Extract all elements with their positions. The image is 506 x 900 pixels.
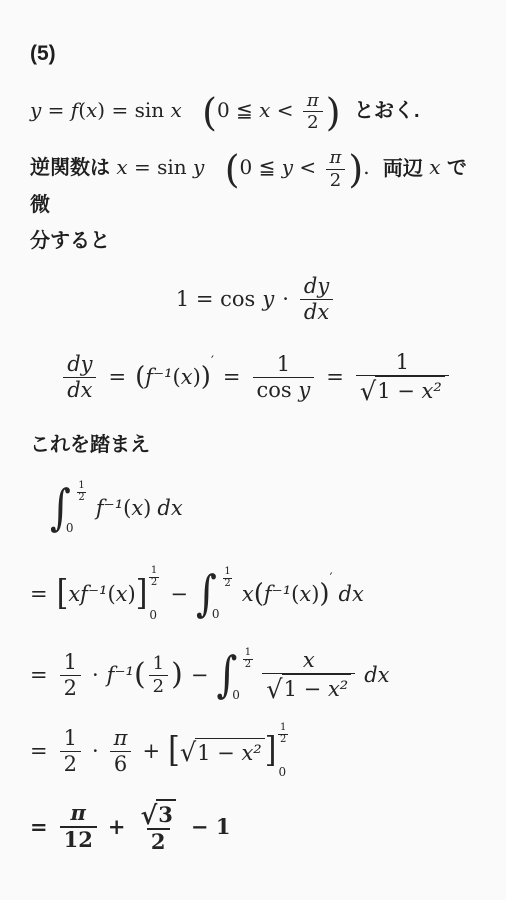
integral: ∫120 [216,648,254,702]
lower-limit-0: 0 [66,521,74,535]
equals-sin: ) = sin [97,98,164,122]
big-paren-open: ( [254,581,264,607]
paren-close: ) [128,582,136,606]
f-inverse: f⁻¹ [80,582,107,606]
sqrt-1-x2: √1 − x² [360,376,445,404]
denominator-2: 2 [60,675,81,701]
numerator-1: 1 [149,653,168,674]
var-x: x [259,98,270,122]
integral-limits: 120 [237,648,254,702]
upper-limit-half: 12 [149,566,158,588]
equals: = [30,582,48,606]
denominator-sqrt: √1 − x² [262,673,355,702]
bracket-close: ] [136,577,148,612]
integral-line-2: = [xf⁻¹(x)]120 − ∫120 x(f⁻¹(x))′ dx [30,567,482,621]
denominator-2: 2 [303,111,322,133]
big-paren-open: ( [134,660,146,690]
big-paren-close: ) [319,581,329,607]
big-paren-open: ( [225,150,240,189]
prime: ′ [330,571,333,586]
radical-sign: √ [266,679,282,702]
var-x: x [116,156,127,180]
jp-tooku: とおく. [354,100,420,122]
fraction-dy-dx: dydx [63,352,96,403]
var-y: y [30,98,41,122]
fraction-pi-2: π2 [303,90,323,133]
integral-line-1: ∫120 f⁻¹(x) dx [30,481,482,535]
equals: = [109,365,127,389]
bracket-open: [ [57,577,69,612]
integral-line-3: = 12 · f⁻¹ (12) − ∫120 x√1 − x² dx [30,648,482,702]
bracket-open: [ [168,734,180,769]
evaluation-limits: 120 [147,568,162,620]
plus: + [108,814,126,839]
equals: = [30,814,48,839]
minus: − [191,663,209,687]
var-x: x [86,98,97,122]
limit-den: 2 [149,577,158,589]
denominator-6: 6 [110,751,131,777]
f-inverse: f⁻¹ [145,365,172,389]
period: . [363,156,369,180]
f-inverse: f⁻¹ [264,582,291,606]
numerator-pi: π [303,90,323,111]
fraction-1-cosy: 1cos y [253,352,315,403]
integral-limits: 120 [217,567,234,621]
jp-lead-text: これを踏まえ [30,428,482,457]
fraction-pi-2: π2 [326,147,346,190]
denominator-2: 2 [149,675,168,697]
numerator-pi: π [326,147,346,168]
evaluation-limits: 120 [276,725,291,777]
x-squared: x² [422,379,442,403]
paren-close: ) [311,582,319,606]
fraction-pi-12: π12 [60,801,97,853]
paren-close: ) [143,496,151,520]
numerator-1: 1 [392,350,413,375]
upper-limit-half: 12 [278,723,287,745]
paren-open: ( [173,365,181,389]
limit-den: 2 [243,659,252,671]
denominator-2: 2 [60,751,81,777]
final-answer-line: = π12 + √32 − 1 [30,799,482,855]
cdot: · [282,287,289,311]
one-minus: 1 − [377,379,415,403]
denominator-dx: dx [63,377,96,403]
limit-num: 1 [78,481,84,492]
fraction-1-sqrt: 1√1 − x² [356,350,449,404]
numerator-dy: dy [300,274,333,299]
radical-sign: √ [140,805,157,828]
big-paren-close: ) [348,150,363,189]
var-y: y [282,156,293,180]
numerator-pi: π [110,726,132,751]
lower-limit-0: 0 [149,608,157,622]
fraction-sqrt3-2: √32 [136,799,179,855]
condition: 0 ≦ [240,156,276,180]
cos: cos [257,378,292,402]
radicand: 1 − x² [375,376,445,404]
var-x: x [116,582,128,606]
denominator-dx: dx [300,299,333,325]
numerator-1: 1 [60,650,81,675]
radicand: 1 − x² [195,738,265,765]
numerator-sqrt3: √3 [136,799,179,828]
fraction-dy-dx: dydx [300,274,333,325]
equals: = [48,98,65,122]
big-paren-close: ) [201,364,211,390]
limit-num: 1 [224,567,230,578]
equals: = [30,739,48,763]
paren-open: ( [107,582,115,606]
f-inverse: f⁻¹ [96,496,123,520]
paren-open: ( [78,98,86,122]
limit-num: 1 [280,723,286,734]
x-squared: x² [328,677,348,701]
less-than: < [299,156,316,180]
minus-one: − 1 [191,814,231,839]
integral-limits: 120 [71,481,88,535]
lower-limit-0: 0 [278,765,286,779]
one-equals-cos: 1 = cos [176,287,256,311]
numerator-x: x [299,648,319,673]
equals: = [30,663,48,687]
var-y: y [193,156,204,180]
cdot: · [92,663,99,687]
integral: ∫120 [50,481,88,535]
radical-sign: √ [180,742,196,765]
integral: ∫120 [196,567,234,621]
f-inverse: f⁻¹ [107,663,134,687]
equals: = [326,365,344,389]
fraction-1-2: 12 [60,726,81,777]
big-paren-open: ( [135,364,145,390]
less-than: < [277,98,294,122]
var-y: y [262,287,274,311]
sqrt-1-x2: √1 − x² [266,674,351,702]
equation-chain-rule: 1 = cos y · dydx [30,274,482,325]
paragraph-setup: y = f(x) = sin x (0 ≦ x < π2) とおく. [30,90,482,133]
problem-label: (5) [30,42,482,66]
condition: 0 ≦ [217,98,253,122]
fraction-x-sqrt: x√1 − x² [262,648,355,702]
equals: = [223,365,241,389]
numerator-1: 1 [273,352,294,377]
one-minus: 1 − [284,677,322,701]
var-x: x [181,365,193,389]
radicand: 1 − x² [282,674,352,702]
limit-num: 1 [151,566,157,577]
numerator-dy: dy [63,352,96,377]
limit-den: 2 [278,734,287,746]
radical-sign: √ [360,381,376,404]
var-x: x [242,582,254,606]
var-x: x [299,582,311,606]
bracket-close: ] [265,734,277,769]
denominator-cosy: cos y [253,377,315,403]
radicand-3: 3 [156,799,176,828]
paragraph-inverse: 逆関数は x = sin y (0 ≦ y < π2). 両辺 x で微 分する… [30,147,482,253]
upper-limit-half: 12 [223,567,232,589]
dx: dx [339,582,364,606]
var-x: x [170,98,181,122]
equation-derivative: dydx = (f⁻¹(x))′ = 1cos y = 1√1 − x² [30,350,482,404]
plus: + [142,739,160,763]
numerator-pi: π [67,801,90,826]
var-y: y [298,378,310,402]
upper-limit-half: 12 [77,481,86,503]
fraction-1-2: 12 [149,653,168,696]
dx: dx [157,496,182,520]
var-x: x [68,582,80,606]
integral-line-4: = 12 · π6 + [√1 − x²]120 [30,725,482,777]
paren-open: ( [123,496,131,520]
big-paren-close: ) [326,92,341,131]
lower-limit-0: 0 [232,688,240,702]
minus: − [170,582,188,606]
denominator-12: 12 [60,826,97,853]
one-minus: 1 − [197,741,235,765]
jp-ryouhen: 両辺 [383,158,423,180]
dx: dx [364,663,389,687]
fraction-1-2: 12 [60,650,81,701]
x-squared: x² [241,741,261,765]
big-paren-open: ( [202,92,217,131]
limit-num: 1 [245,648,251,659]
var-x: x [131,496,143,520]
lower-limit-0: 0 [212,607,220,621]
jp-gyakukansu: 逆関数は [30,158,110,180]
paren-close: ) [193,365,201,389]
sqrt-3: √3 [140,799,175,828]
math-solution-page: (5) y = f(x) = sin x (0 ≦ x < π2) とおく. 逆… [0,0,506,855]
denominator-sqrt: √1 − x² [356,375,449,404]
equals-sin: = sin [134,156,187,180]
var-x: x [429,156,440,180]
upper-limit-half: 12 [243,648,252,670]
fraction-pi-6: π6 [110,726,132,777]
limit-den: 2 [77,492,86,504]
jp-bun-suru-to: 分すると [30,228,110,254]
sqrt-1-x2: √1 − x² [180,738,265,765]
denominator-2: 2 [326,169,345,191]
big-paren-close: ) [171,660,183,690]
cdot: · [92,739,99,763]
paren-open: ( [291,582,299,606]
limit-den: 2 [223,578,232,590]
numerator-1: 1 [60,726,81,751]
denominator-2: 2 [147,828,170,855]
prime: ′ [211,354,214,369]
